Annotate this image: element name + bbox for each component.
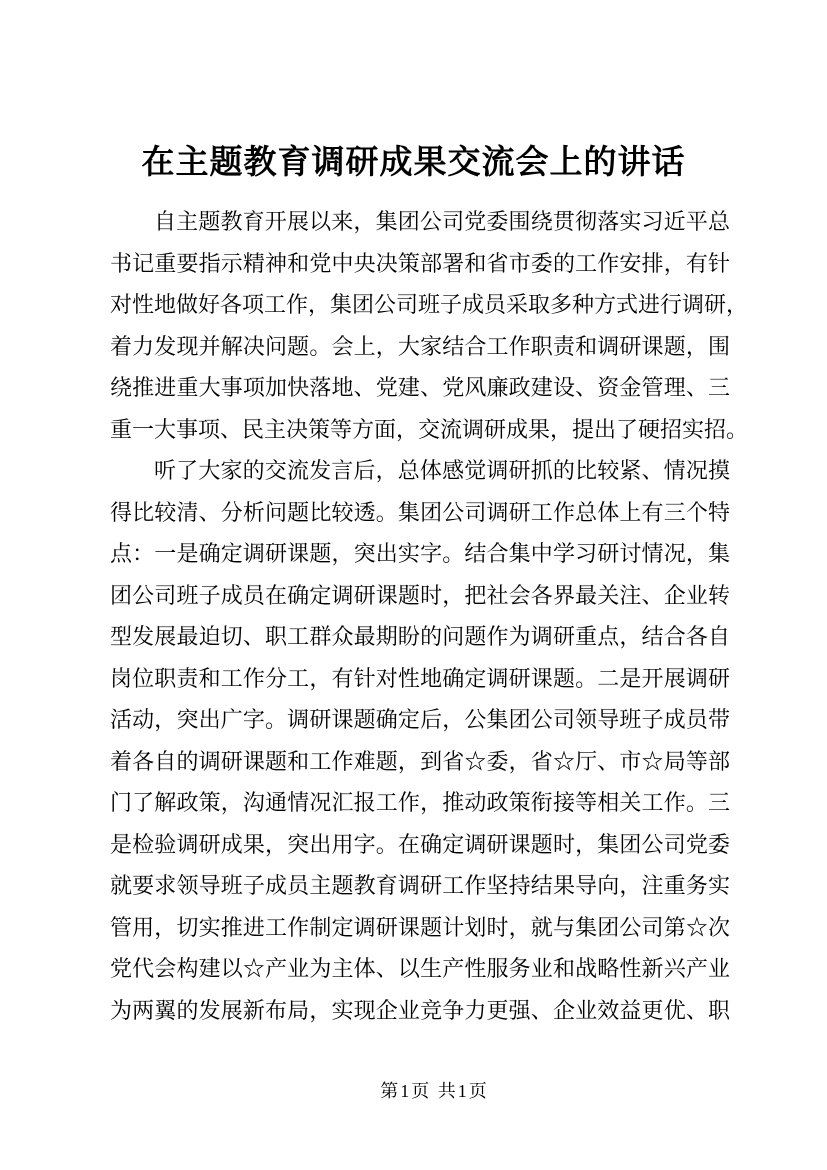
page-number-indicator: 第1页 共1页 <box>380 1081 489 1101</box>
body-line: 就要求领导班子成员主题教育调研工作坚持结果导向，注重务实 <box>110 865 730 907</box>
body-line: 为两翼的发展新布局，实现企业竞争力更强、企业效益更优、职 <box>110 990 730 1032</box>
body-line: 得比较清、分析问题比较透。集团公司调研工作总体上有三个特 <box>110 492 730 534</box>
body-line: 型发展最迫切、职工群众最期盼的问题作为调研重点，结合各自 <box>110 616 730 658</box>
body-line: 点：一是确定调研课题，突出实字。结合集中学习研讨情况，集 <box>110 533 730 575</box>
body-line: 门了解政策，沟通情况汇报工作，推动政策衔接等相关工作。三 <box>110 782 730 824</box>
document-title: 在主题教育调研成果交流会上的讲话 <box>0 138 827 188</box>
page-footer: 第1页 共1页 <box>0 1077 827 1103</box>
paragraph: 听了大家的交流发言后，总体感觉调研抓的比较紧、情况摸得比较清、分析问题比较透。集… <box>110 450 730 1031</box>
body-line: 是检验调研成果，突出用字。在确定调研课题时，集团公司党委 <box>110 824 730 866</box>
body-line: 管用，切实推进工作制定调研课题计划时，就与集团公司第☆次 <box>110 907 730 949</box>
document-page: 在主题教育调研成果交流会上的讲话 自主题教育开展以来，集团公司党委围绕贯彻落实习… <box>0 0 827 1170</box>
body-line: 岗位职责和工作分工，有针对性地确定调研课题。二是开展调研 <box>110 658 730 700</box>
paragraph: 自主题教育开展以来，集团公司党委围绕贯彻落实习近平总书记重要指示精神和党中央决策… <box>110 201 730 450</box>
document-body: 自主题教育开展以来，集团公司党委围绕贯彻落实习近平总书记重要指示精神和党中央决策… <box>110 201 730 1031</box>
body-line: 重一大事项、民主决策等方面，交流调研成果，提出了硬招实招。 <box>110 409 730 451</box>
body-line: 书记重要指示精神和党中央决策部署和省市委的工作安排，有针 <box>110 243 730 285</box>
body-line: 着力发现并解决问题。会上，大家结合工作职责和调研课题，围 <box>110 326 730 368</box>
body-line: 团公司班子成员在确定调研课题时，把社会各界最关注、企业转 <box>110 575 730 617</box>
body-line: 对性地做好各项工作，集团公司班子成员采取多种方式进行调研， <box>110 284 730 326</box>
body-line: 着各自的调研课题和工作难题，到省☆委，省☆厅、市☆局等部 <box>110 741 730 783</box>
body-line: 活动，突出广字。调研课题确定后，公集团公司领导班子成员带 <box>110 699 730 741</box>
body-line: 绕推进重大事项加快落地、党建、党风廉政建设、资金管理、三 <box>110 367 730 409</box>
body-line: 自主题教育开展以来，集团公司党委围绕贯彻落实习近平总 <box>110 201 730 243</box>
body-line: 党代会构建以☆产业为主体、以生产性服务业和战略性新兴产业 <box>110 948 730 990</box>
body-line: 听了大家的交流发言后，总体感觉调研抓的比较紧、情况摸 <box>110 450 730 492</box>
